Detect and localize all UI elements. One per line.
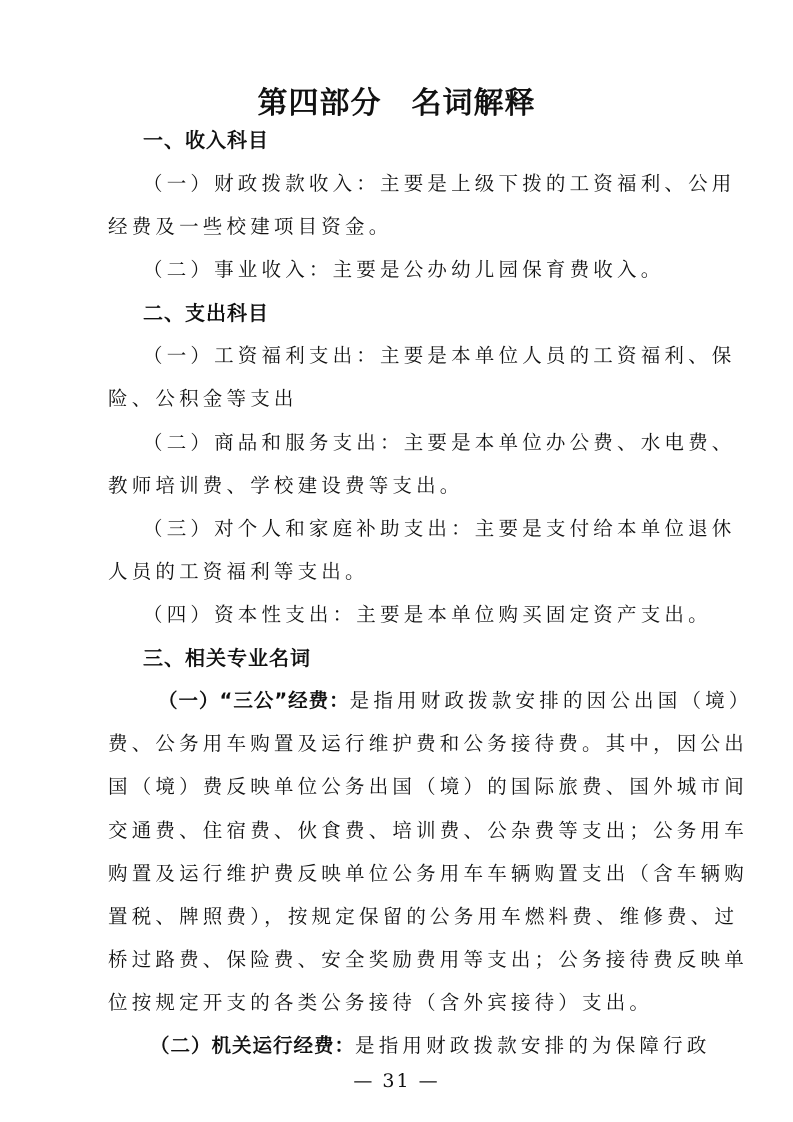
paragraph-line: （二）商品和服务支出：主要是本单位办公费、水电费、 xyxy=(143,427,723,455)
term-three-public-expenses: （一）“三公”经费：是指用财政拨款安排的因公出国（境） xyxy=(158,685,738,713)
title-name: 名词解释 xyxy=(412,86,536,121)
paragraph-line: 费、公务用车购置及运行维护费和公务接待费。其中，因公出 xyxy=(108,728,688,756)
page-title: 第四部分名词解释 xyxy=(0,78,793,122)
paragraph-line: 教师培训费、学校建设费等支出。 xyxy=(108,470,688,498)
paragraph-line: 险、公积金等支出 xyxy=(108,383,688,411)
paragraph-line: 国（境）费反映单位公务出国（境）的国际旅费、国外城市间 xyxy=(108,771,688,799)
paragraph-line: 交通费、住宿费、伙食费、培训费、公杂费等支出；公务用车 xyxy=(108,815,688,843)
paragraph-line: （一）财政拨款收入：主要是上级下拨的工资福利、公用 xyxy=(143,168,723,196)
paragraph-line: 置税、牌照费），按规定保留的公务用车燃料费、维修费、过 xyxy=(108,901,688,929)
page-number: — 31 — xyxy=(0,1070,793,1092)
term-definition: 是指用财政拨款安排的因公出国（境） xyxy=(350,689,753,712)
section-heading-expense: 二、支出科目 xyxy=(143,297,723,326)
paragraph-line: 经费及一些校建项目资金。 xyxy=(108,211,688,239)
paragraph-line: 位按规定开支的各类公务接待（含外宾接待）支出。 xyxy=(108,987,688,1015)
title-part: 第四部分 xyxy=(258,86,382,121)
term-definition: 是指用财政拨款安排的为保障行政 xyxy=(355,1034,711,1057)
term-operating-expenses: （二）机关运行经费：是指用财政拨款安排的为保障行政 xyxy=(150,1030,730,1058)
section-heading-income: 一、收入科目 xyxy=(143,124,723,153)
section-heading-terms: 三、相关专业名词 xyxy=(143,642,723,671)
paragraph-line: （一）工资福利支出：主要是本单位人员的工资福利、保 xyxy=(143,340,723,368)
paragraph-line: 人员的工资福利等支出。 xyxy=(108,556,688,584)
paragraph-line: 桥过路费、保险费、安全奖励费用等支出；公务接待费反映单 xyxy=(108,944,688,972)
paragraph-line: （四）资本性支出：主要是本单位购买固定资产支出。 xyxy=(143,599,723,627)
paragraph-line: 购置及运行维护费反映单位公务用车车辆购置支出（含车辆购 xyxy=(108,858,688,886)
term-label: （一）“三公”经费： xyxy=(158,689,350,712)
paragraph-line: （二）事业收入：主要是公办幼儿园保育费收入。 xyxy=(143,254,723,282)
term-label: （二）机关运行经费： xyxy=(150,1034,355,1057)
paragraph-line: （三）对个人和家庭补助支出：主要是支付给本单位退休 xyxy=(143,513,723,541)
